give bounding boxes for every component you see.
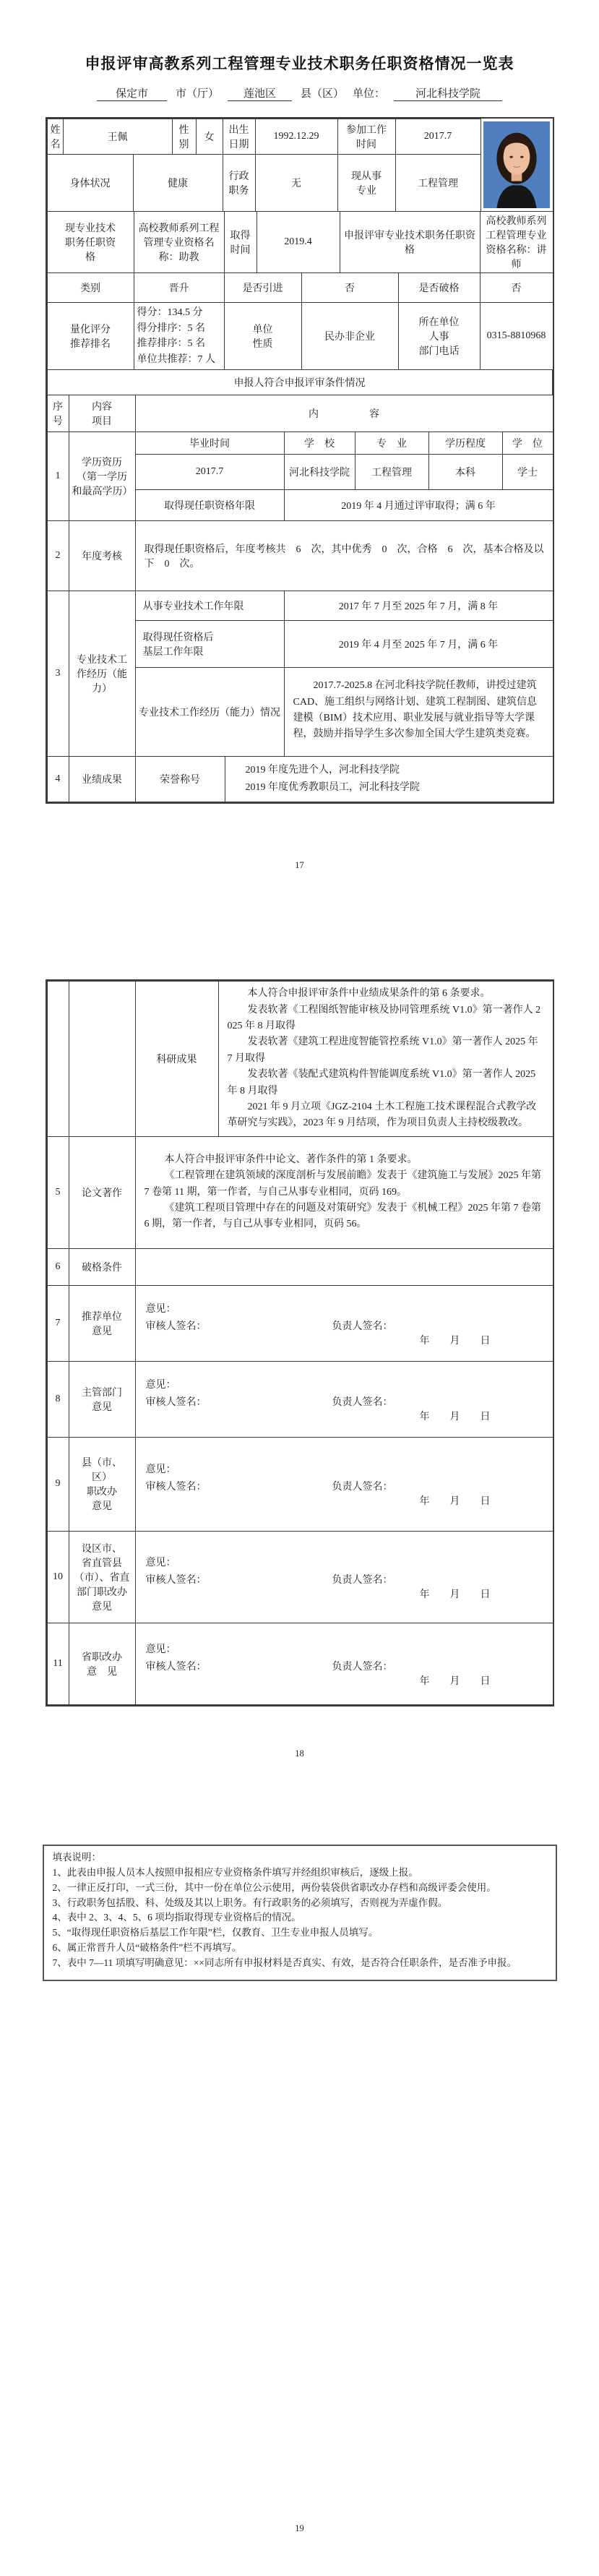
- exception-label: 是否破格: [398, 273, 480, 303]
- papers-paragraph: 《工程管理在建筑领域的深度剖析与发展前瞻》发表于《建筑施工与发展》2025 年第…: [145, 1168, 544, 1201]
- portrait-photo: [483, 121, 550, 208]
- hr-phone-label: 所在单位 人事 部门电话: [398, 303, 480, 370]
- name-value: 王佩: [63, 119, 172, 155]
- page-number-18: 18: [0, 1748, 599, 1759]
- district-suffix: 县（区）: [301, 88, 344, 100]
- admin-label: 行政 职务: [223, 155, 255, 212]
- opinion-row: 11 省职改办 意 见 意见： 审核人签名： 负责人签名： 年 月 日: [47, 1623, 553, 1705]
- work-experience-row: 3 专业技术工作经历（能力） 从事专业技术工作年限 2017 年 7 月至 20…: [47, 591, 553, 757]
- hr-phone-value: 0315-8810968: [480, 303, 553, 370]
- unit-type-label: 单位 性质: [224, 303, 301, 370]
- work-start-label: 参加工作 时间: [337, 119, 395, 155]
- instruction-item: 7、表中 7—11 项填写明确意见：××同志所有申报材料是否真实、有效，是否符合…: [53, 1956, 547, 1971]
- edu-value: 工程管理: [355, 455, 428, 490]
- obtain-time-label: 取得 时间: [224, 212, 257, 273]
- birth-value: 1992.12.29: [255, 119, 337, 155]
- apply-qual-label: 申报评审专业技术职务任职资格: [340, 212, 480, 273]
- exception-content: [135, 1248, 553, 1285]
- base-years-value: 2019 年 4 月至 2025 年 7 月，满 6 年: [284, 621, 553, 668]
- edu-header: 毕业时间: [135, 432, 284, 455]
- work-start-value: 2017.7: [395, 119, 481, 155]
- apply-qual-value: 高校教师系列工程管理专业资格名称：讲师: [480, 212, 553, 273]
- gender-label: 性 别: [172, 119, 196, 155]
- date-blank: 年 月 日: [146, 1587, 543, 1601]
- honor-label: 荣誉称号: [135, 757, 225, 802]
- instruction-item: 6、属正常晋升人员“破格条件”栏不再填写。: [53, 1941, 547, 1956]
- research-paragraph: 发表软著《建筑工程进度智能管控系统 V1.0》第一著作人 2025 年 7 月取…: [228, 1034, 544, 1067]
- exception-condition-row: 6 破格条件: [47, 1248, 553, 1286]
- comment-label: 意见：: [146, 1461, 543, 1476]
- obtain-time-value: 2019.4: [257, 212, 340, 273]
- opinion-row: 9 县（市、区） 职改办 意见 意见： 审核人签名： 负责人签名： 年 月 日: [47, 1437, 553, 1532]
- reviewer-sign-label: 审核人签名：: [146, 1572, 332, 1587]
- research-paragraph: 发表软著《工程图纸智能审核及协同管理系统 V1.0》第一著作人 2025 年 8…: [228, 1003, 544, 1035]
- fill-instructions-box: 填表说明： 1、此表由申报人员本人按照申报相应专业资格条件填写并经组织审核后，逐…: [43, 1845, 557, 1981]
- comment-label: 意见：: [146, 1641, 543, 1656]
- opinion-content: 意见： 审核人签名： 负责人签名： 年 月 日: [135, 1285, 553, 1361]
- profession-label: 现从事 专业: [337, 155, 395, 212]
- col-item: 内容 项目: [69, 395, 135, 432]
- experience-paragraph: 2017.7-2025.8 在河北科技学院任教师，讲授过建筑 CAD、施工组织与…: [293, 678, 544, 743]
- instruction-item: 4、表中 2、3、4、5、6 项均指取得现专业资格后的情况。: [53, 1910, 547, 1925]
- work-years-value: 2017 年 7 月至 2025 年 7 月，满 8 年: [284, 591, 553, 621]
- score-line: 得分排序：5 名: [137, 321, 221, 337]
- date-blank: 年 月 日: [146, 1493, 543, 1508]
- row-label: 业绩成果: [69, 757, 135, 802]
- research-label: 科研成果: [135, 982, 218, 1137]
- comment-label: 意见：: [146, 1301, 543, 1315]
- annual-review-content: 取得现任职资格后，年度考核共 6 次，其中优秀 0 次，合格 6 次，基本合格及…: [135, 521, 553, 591]
- row-seq: 11: [47, 1623, 69, 1704]
- experience-content: 2017.7-2025.8 在河北科技学院任教师，讲授过建筑 CAD、施工组织与…: [284, 668, 553, 757]
- qual-years-label: 取得现任职资格年限: [135, 490, 284, 521]
- papers-content: 本人符合申报评审条件中论文、著作条件的第 1 条要求。 《工程管理在建筑领域的深…: [135, 1136, 553, 1248]
- header-line: 保定市市（厅）莲池区县（区）单位：河北科技学院: [0, 85, 599, 101]
- row-seq-empty: [47, 982, 69, 1137]
- row-label: 论文著作: [69, 1136, 135, 1248]
- col-seq: 序 号: [47, 395, 69, 432]
- leader-sign-label: 负责人签名：: [332, 1479, 393, 1493]
- leader-sign-label: 负责人签名：: [332, 1318, 393, 1333]
- edu-value: 学士: [502, 455, 553, 490]
- row-label: 推荐单位 意见: [69, 1285, 135, 1361]
- row-seq: 10: [47, 1531, 69, 1623]
- continuation-table: 科研成果 本人符合申报评审条件中业绩成果条件的第 6 条要求。 发表软著《工程图…: [46, 979, 554, 1706]
- row-seq: 8: [47, 1361, 69, 1437]
- id-photo: [481, 119, 553, 212]
- papers-paragraph: 《建筑工程项目管理中存在的问题及对策研究》发表于《机械工程》2025 年第 7 …: [145, 1201, 544, 1233]
- instruction-item: 1、此表由申报人员本人按照申报相应专业资格条件填写并经组织审核后，逐级上报。: [53, 1866, 547, 1881]
- row-seq: 5: [47, 1136, 69, 1248]
- row-label: 主管部门 意见: [69, 1361, 135, 1437]
- unit-field: 河北科技学院: [394, 88, 502, 101]
- current-qual-label: 现专业技术 职务任职资 格: [47, 212, 134, 273]
- date-blank: 年 月 日: [146, 1673, 543, 1688]
- row-seq: 1: [47, 432, 69, 521]
- honor-line: 2019 年度优秀教职员工，河北科技学院: [228, 779, 550, 797]
- basic-info-block: 姓 名 王佩 性 别 女 出生日期 1992.12.29 参加工作 时间 201…: [47, 119, 553, 212]
- name-label: 姓 名: [47, 119, 63, 155]
- instruction-item: 2、一律正反打印，一式三份，其中一份在单位公示使用，两份装袋供省职改办存档和高级…: [53, 1881, 547, 1896]
- introduced-value: 否: [301, 273, 398, 303]
- opinion-content: 意见： 审核人签名： 负责人签名： 年 月 日: [135, 1531, 553, 1623]
- row-seq: 6: [47, 1248, 69, 1285]
- edu-value: 本科: [428, 455, 502, 490]
- birth-label: 出生日期: [223, 119, 255, 155]
- col-content: 内 容: [135, 395, 553, 432]
- leader-sign-label: 负责人签名：: [332, 1572, 393, 1587]
- columns-header-row: 序 号 内容 项目 内 容: [47, 395, 553, 432]
- unit-type-value: 民办非企业: [301, 303, 398, 370]
- instruction-item: 3、行政职务包括股、科、处级及其以上职务。有行政职务的必须填写，否则视为弄虚作假…: [53, 1896, 547, 1911]
- reviewer-sign-label: 审核人签名：: [146, 1479, 332, 1493]
- row-seq: 4: [47, 757, 69, 802]
- honor-content: 2019 年度先进个人，河北科技学院 2019 年度优秀教职员工，河北科技学院: [225, 757, 553, 802]
- city-suffix: 市（厅）: [176, 88, 219, 100]
- instruction-item: 5、“取得现任职资格后基层工作年限”栏，仅教育、卫生专业申报人员填写。: [53, 1925, 547, 1941]
- edu-value: 河北科技学院: [284, 455, 355, 490]
- edu-header: 学历程度: [428, 432, 502, 455]
- row-label: 县（市、区） 职改办 意见: [69, 1437, 135, 1531]
- papers-row: 5 论文著作 本人符合申报评审条件中论文、著作条件的第 1 条要求。 《工程管理…: [47, 1136, 553, 1249]
- row-label: 学历资历（第一学历和最高学历）: [69, 432, 135, 521]
- score-line: 单位共推荐：7 人: [137, 352, 221, 368]
- opinion-content: 意见： 审核人签名： 负责人签名： 年 月 日: [135, 1623, 553, 1704]
- page-number-17: 17: [0, 860, 599, 871]
- honor-line: 2019 年度先进个人，河北科技学院: [228, 762, 550, 779]
- research-content: 本人符合申报评审条件中业绩成果条件的第 6 条要求。 发表软著《工程图纸智能审核…: [218, 982, 553, 1137]
- leader-sign-label: 负责人签名：: [332, 1659, 393, 1673]
- score-values: 得分：134.5 分 得分排序：5 名 推荐排序：5 名 单位共推荐：7 人: [134, 303, 224, 370]
- row-seq: 9: [47, 1437, 69, 1531]
- papers-paragraph: 本人符合申报评审条件中论文、著作条件的第 1 条要求。: [145, 1152, 544, 1168]
- qualification-row: 现专业技术 职务任职资 格 高校教师系列工程管理专业资格名称：助教 取得 时间 …: [47, 211, 553, 273]
- qual-years-value: 2019 年 4 月通过评审取得；满 6 年: [284, 490, 553, 521]
- comment-label: 意见：: [146, 1555, 543, 1569]
- gender-value: 女: [196, 119, 223, 155]
- comment-label: 意见：: [146, 1377, 543, 1391]
- opinion-row: 7 推荐单位 意见 意见： 审核人签名： 负责人签名： 年 月 日: [47, 1285, 553, 1362]
- basic-row-1: 姓 名 王佩 性 别 女 出生日期 1992.12.29 参加工作 时间 201…: [47, 119, 481, 155]
- city-field: 保定市: [97, 88, 167, 101]
- reviewer-sign-label: 审核人签名：: [146, 1394, 332, 1409]
- leader-sign-label: 负责人签名：: [332, 1394, 393, 1409]
- health-value: 健康: [133, 155, 223, 212]
- education-row: 1 学历资历（第一学历和最高学历） 毕业时间 学 校 专 业 学历程度 学 位 …: [47, 432, 553, 521]
- exception-value: 否: [480, 273, 553, 303]
- achievements-row: 4 业绩成果 荣誉称号 2019 年度先进个人，河北科技学院 2019 年度优秀…: [47, 756, 553, 802]
- basic-row-2: 身体状况 健康 行政 职务 无 现从事 专业 工程管理: [47, 154, 481, 212]
- date-blank: 年 月 日: [146, 1333, 543, 1347]
- admin-value: 无: [255, 155, 337, 212]
- reviewer-sign-label: 审核人签名：: [146, 1659, 332, 1673]
- research-paragraph: 本人符合申报评审条件中业绩成果条件的第 6 条要求。: [228, 986, 544, 1002]
- opinion-content: 意见： 审核人签名： 负责人签名： 年 月 日: [135, 1437, 553, 1531]
- experience-label: 专业技术工作经历（能力）情况: [135, 668, 284, 757]
- edu-value: 2017.7: [135, 455, 284, 490]
- row-label: 省职改办 意 见: [69, 1623, 135, 1704]
- research-paragraph: 发表软著《装配式建筑构件智能调度系统 V1.0》第一著作人 2025 年 8 月…: [228, 1067, 544, 1099]
- base-years-label: 取得现任资格后 基层工作年限: [135, 621, 284, 668]
- introduced-label: 是否引进: [224, 273, 301, 303]
- category-value: 晋升: [134, 273, 224, 303]
- opinion-row: 10 设区市、 省直管县 （市）、省直 部门职改办 意见 意见： 审核人签名： …: [47, 1531, 553, 1623]
- unit-label: 单位：: [353, 88, 385, 100]
- row-seq: 3: [47, 591, 69, 757]
- instructions-title: 填表说明：: [53, 1850, 547, 1866]
- row-label: 年度考核: [69, 521, 135, 591]
- opinion-content: 意见： 审核人签名： 负责人签名： 年 月 日: [135, 1361, 553, 1437]
- section-header: 申报人符合申报评审条件情况: [47, 370, 552, 395]
- annual-review-row: 2 年度考核 取得现任职资格后，年度考核共 6 次，其中优秀 0 次，合格 6 …: [47, 520, 553, 591]
- research-paragraph: 2021 年 9 月立项《JGZ-2104 土木工程施工技术课程混合式教学改革研…: [228, 1099, 544, 1132]
- category-label: 类别: [47, 273, 134, 303]
- row-label: 专业技术工作经历（能力）: [69, 591, 135, 757]
- current-qual-value: 高校教师系列工程管理专业资格名称：助教: [134, 212, 224, 273]
- main-table: 姓 名 王佩 性 别 女 出生日期 1992.12.29 参加工作 时间 201…: [46, 117, 554, 804]
- section-header-row: 申报人符合申报评审条件情况: [47, 369, 553, 395]
- page-title: 申报评审高教系列工程管理专业技术职务任职资格情况一览表: [0, 0, 599, 74]
- edu-header: 专 业: [355, 432, 428, 455]
- row-label-empty: [69, 982, 135, 1137]
- row-seq: 7: [47, 1285, 69, 1361]
- form-page: 申报评审高教系列工程管理专业技术职务任职资格情况一览表 保定市市（厅）莲池区县（…: [0, 0, 599, 2576]
- research-row: 科研成果 本人符合申报评审条件中业绩成果条件的第 6 条要求。 发表软著《工程图…: [47, 981, 553, 1137]
- page-number-19: 19: [0, 2523, 599, 2534]
- date-blank: 年 月 日: [146, 1409, 543, 1423]
- reviewer-sign-label: 审核人签名：: [146, 1318, 332, 1333]
- row-seq: 2: [47, 521, 69, 591]
- work-years-label: 从事专业技术工作年限: [135, 591, 284, 621]
- score-line: 推荐排序：5 名: [137, 336, 221, 352]
- category-row: 类别 晋升 是否引进 否 是否破格 否: [47, 272, 553, 303]
- district-field: 莲池区: [228, 88, 292, 101]
- score-line: 得分：134.5 分: [137, 305, 221, 321]
- opinion-row: 8 主管部门 意见 意见： 审核人签名： 负责人签名： 年 月 日: [47, 1361, 553, 1438]
- score-label: 量化评分 推荐排名: [47, 303, 134, 370]
- edu-header: 学 校: [284, 432, 355, 455]
- health-label: 身体状况: [47, 155, 133, 212]
- row-label: 设区市、 省直管县 （市）、省直 部门职改办 意见: [69, 1531, 135, 1623]
- score-row: 量化评分 推荐排名 得分：134.5 分 得分排序：5 名 推荐排序：5 名 单…: [47, 302, 553, 370]
- profession-value: 工程管理: [395, 155, 481, 212]
- row-label: 破格条件: [69, 1248, 135, 1285]
- edu-header: 学 位: [502, 432, 553, 455]
